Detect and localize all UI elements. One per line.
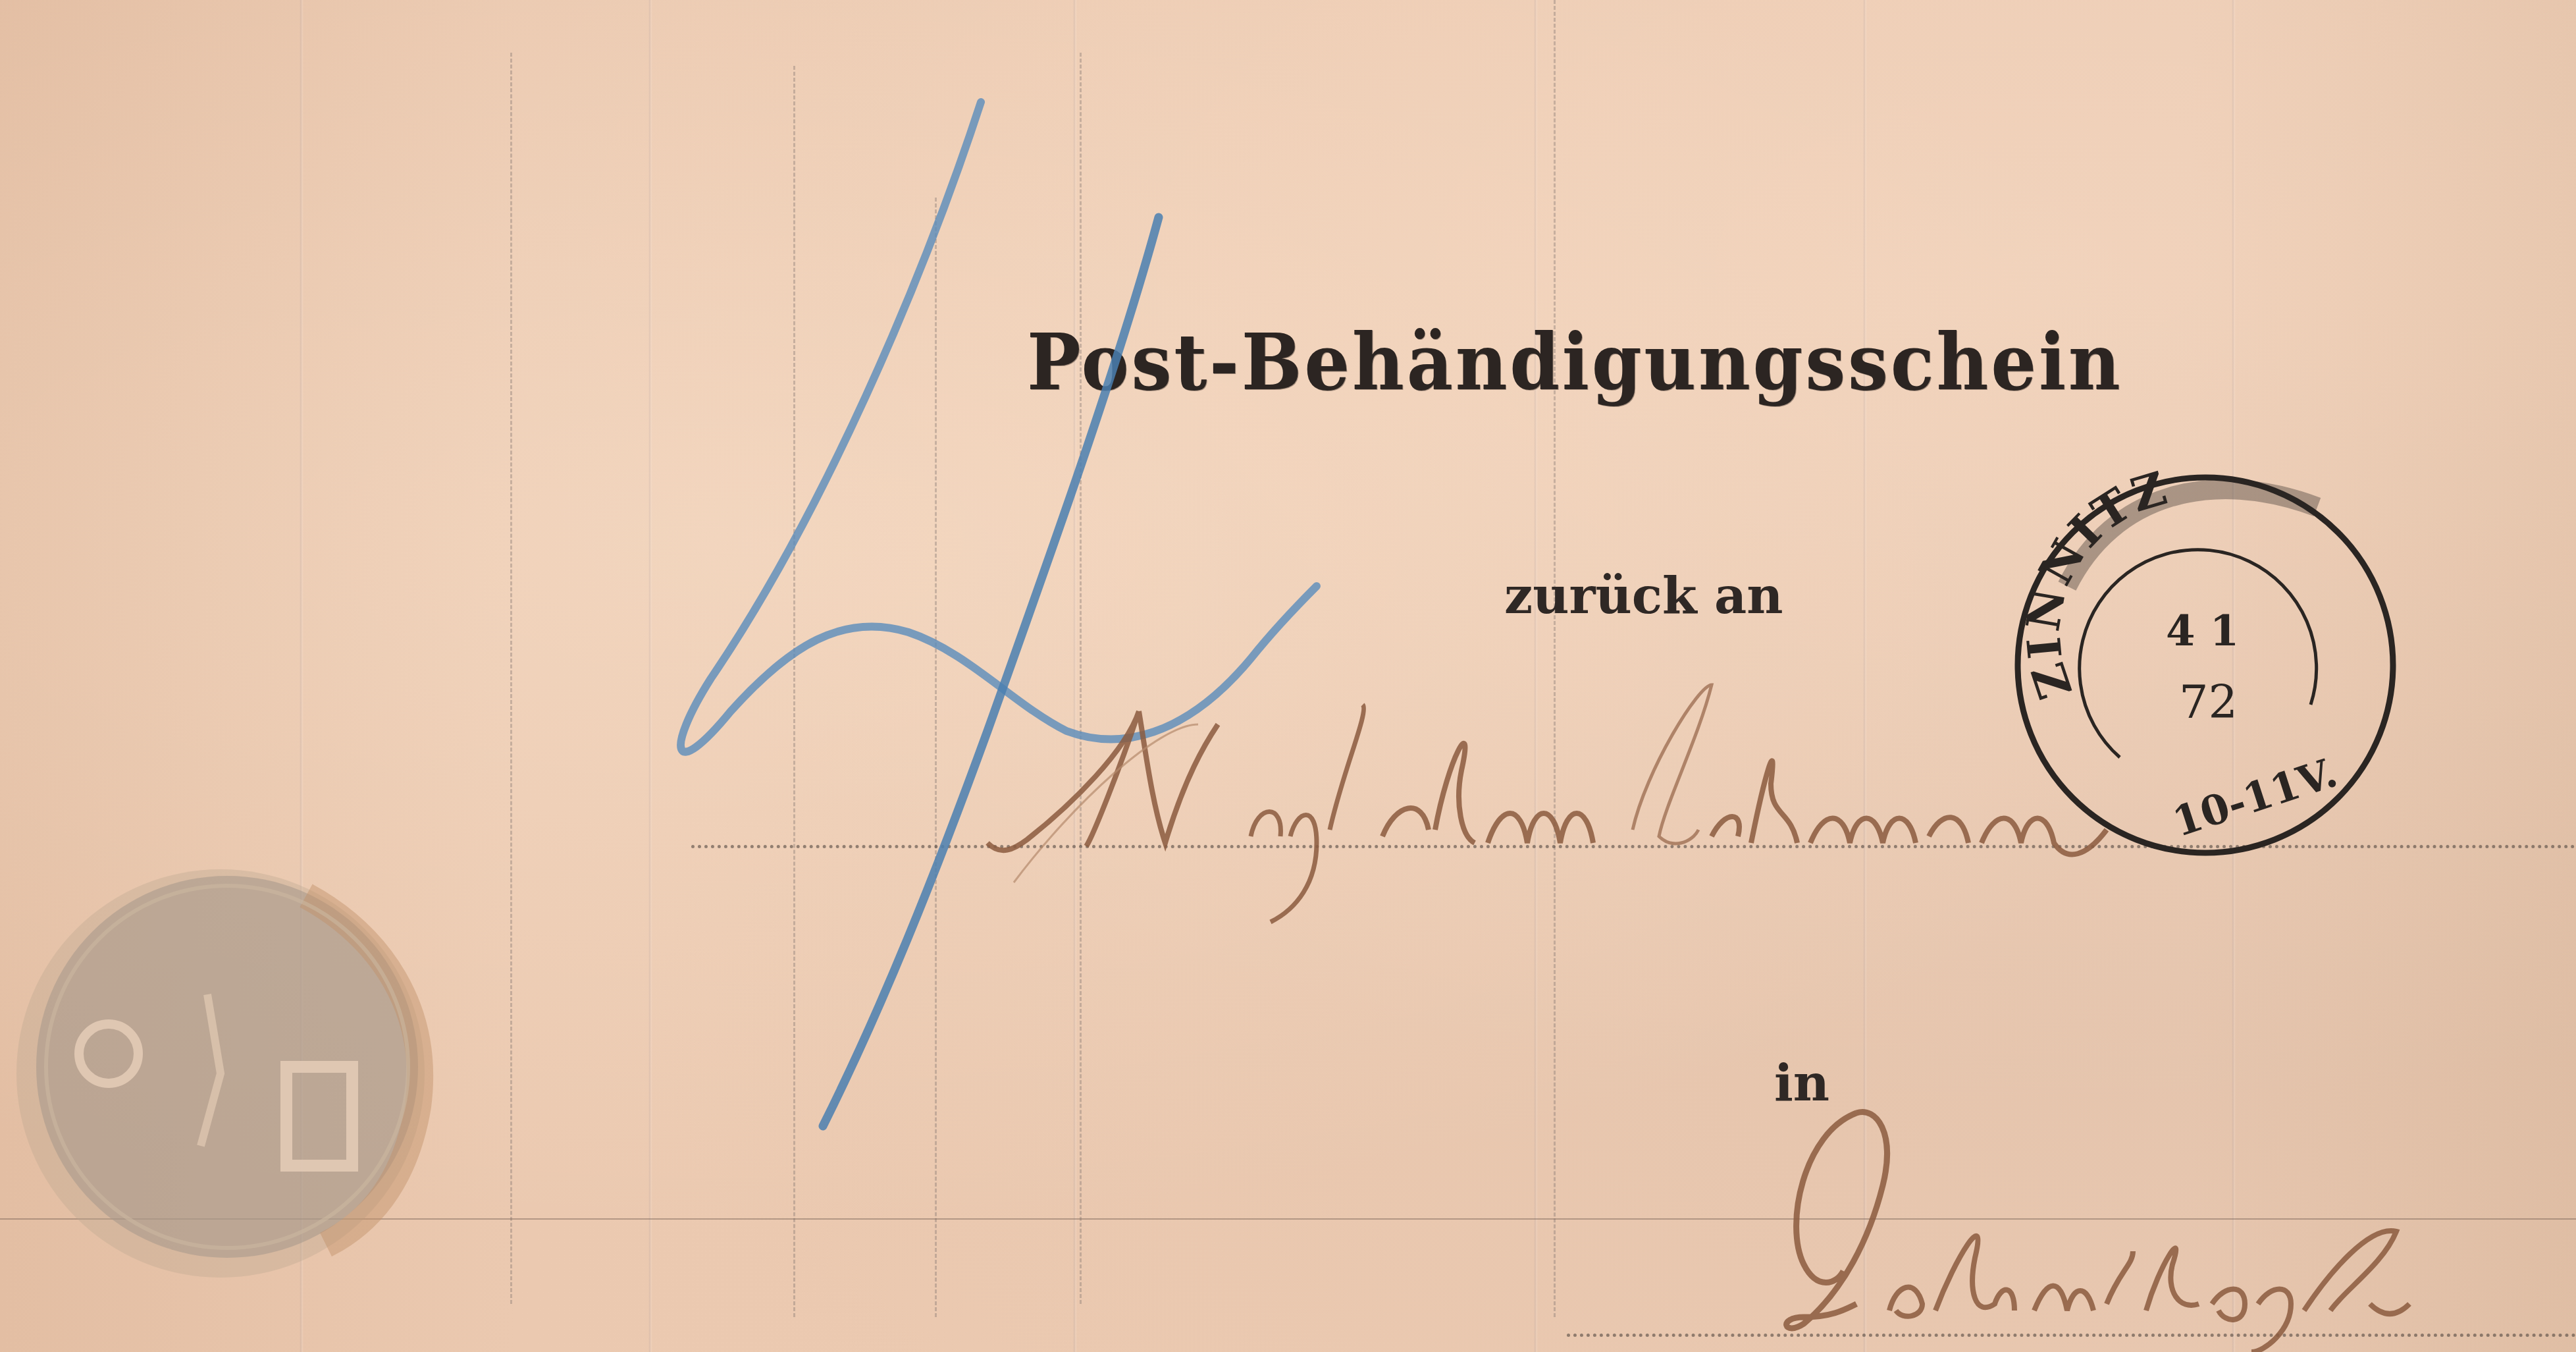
perforation-line <box>510 53 512 1304</box>
perforation-line <box>1554 0 1556 1317</box>
wax-seal <box>10 856 444 1278</box>
zinnitz-postmark: ZINNITZ 4 1 72 10-11V. <box>2001 454 2409 863</box>
postmark-year: 72 <box>2179 675 2238 729</box>
handwritten-place <box>1764 1093 2462 1352</box>
fold-line <box>648 0 652 1352</box>
postmark-time: 10-11V. <box>2167 748 2343 846</box>
document-sheet: Post-Behändigungsschein zurück an in ZIN… <box>0 0 2576 1352</box>
postmark-date: 4 1 <box>2166 607 2239 656</box>
blue-crayon-4-mark <box>658 86 1382 1205</box>
return-to-label: zurück an <box>1504 566 1783 625</box>
